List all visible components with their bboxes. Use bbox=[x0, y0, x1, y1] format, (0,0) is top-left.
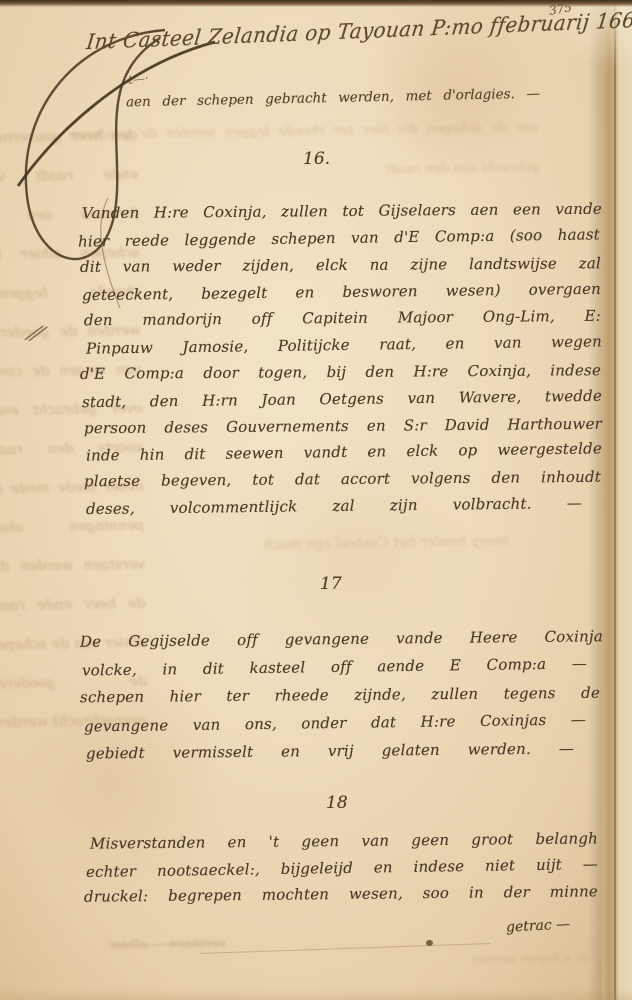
article-16-number: 16. bbox=[303, 149, 330, 169]
catchword: getrac — bbox=[506, 916, 571, 935]
article-16-line-1: Vanden H:re Coxinja, zullen tot Gijselae… bbox=[82, 198, 602, 227]
article-16-line-8: stadt, den H:rn Joan Oetgens van Wavere,… bbox=[82, 385, 602, 415]
page-bottom-shade bbox=[0, 988, 632, 1000]
article-16-line-9: persoon deses Gouvernements en S:r David… bbox=[84, 413, 602, 442]
article-18-line-1: Misverstanden en 't geen van geen groot … bbox=[90, 827, 598, 856]
article-17-line-3: schepen hier ter rheede zijnde, zullen t… bbox=[80, 682, 600, 711]
article-16-line-4: geteeckent, bezegelt en besworen wesen) … bbox=[82, 278, 601, 308]
article-16-line-10: inde hin dit seewen vandt en elck op wee… bbox=[86, 437, 602, 468]
caret-mark: t—· bbox=[127, 71, 149, 87]
article-16-line-11: plaetse begeven, tot dat accort volgens … bbox=[84, 466, 601, 495]
bleedthrough-bottom-left: verstaen — alhier bbox=[26, 936, 226, 965]
article-16-line-5: den mandorijn off Capitein Majoor Ong-Li… bbox=[84, 305, 601, 334]
article-18-line-3: druckel: begrepen mochten wesen, soo in … bbox=[84, 880, 598, 909]
page-top-edge bbox=[0, 0, 632, 7]
underlying-page bbox=[618, 0, 632, 1000]
article-16-line-7: d'E Comp:a door togen, bij den H:re Coxi… bbox=[80, 359, 601, 387]
ink-speck bbox=[426, 940, 433, 946]
article-17-line-4: gevangene van ons, onder dat H:re Coxinj… bbox=[84, 708, 586, 739]
article-16-line-3: dit van weder zijden, elck na zijne land… bbox=[80, 252, 601, 280]
manuscript-photo: den heer gouverneur ende raadt van formo… bbox=[0, 0, 632, 1000]
article-17-line-1: De Gegijselde off gevangene vande Heere … bbox=[80, 625, 603, 654]
article-17-number: 17 bbox=[320, 574, 342, 594]
article-16-line-12: deses, volcommentlijck zal zijn volbrach… bbox=[86, 492, 582, 522]
article-18-number: 18 bbox=[326, 793, 348, 813]
page-edge-crease bbox=[614, 0, 616, 1000]
bleedthrough-bottom-right: de schepen werden bbox=[420, 951, 590, 978]
article-17-line-5: gebiedt vermisselt en vrij gelaten werde… bbox=[86, 737, 574, 766]
article-17-line-2: volcke, in dit kasteel off aende E Comp:… bbox=[82, 652, 587, 683]
bleedthrough-between-articles: mony hinder het Casteel zijn mach bbox=[150, 533, 510, 567]
